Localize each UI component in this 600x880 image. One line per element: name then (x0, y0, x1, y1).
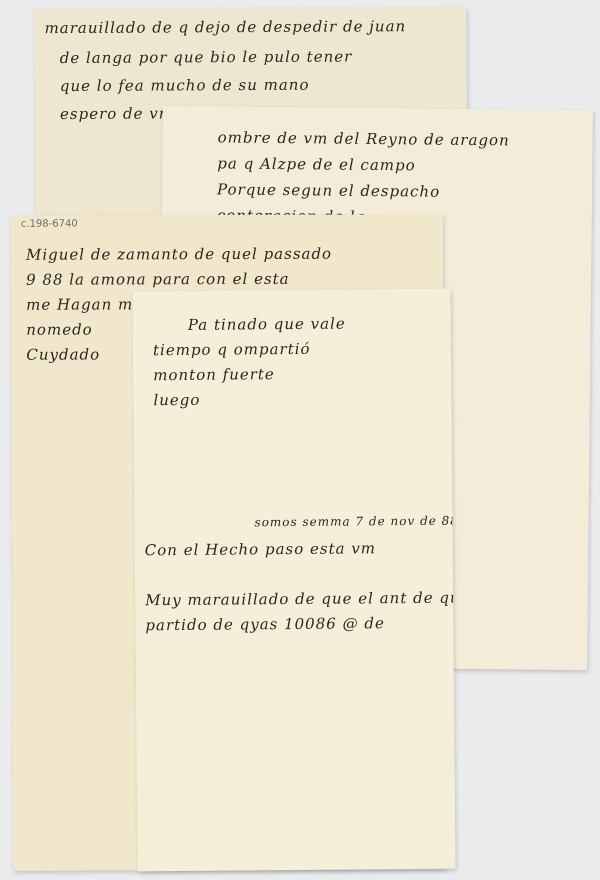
handwritten-line: partido de qyas 10086 @ de (145, 614, 453, 635)
handwritten-line: monton fuerte (153, 364, 451, 385)
handwritten-line: tiempo q ompartió (153, 339, 451, 360)
handwritten-line: Porque segun el despacho (217, 180, 592, 202)
handwritten-line: marauillado de q dejo de despedir de jua… (45, 17, 467, 37)
catalog-mark: c.198-6740 (21, 219, 78, 230)
handwritten-line: ombre de vm del Reyno de aragon (218, 128, 593, 150)
handwritten-line: Miguel de zamanto de quel passado (26, 244, 443, 263)
handwritten-line: 9 88 la amona para con el esta (26, 269, 443, 288)
handwritten-line: Pa tinado que vale (188, 314, 451, 334)
handwritten-line: pa q Alzpe de el campo (217, 154, 592, 176)
manuscript-sheet-front: Pa tinado que vale tiempo q ompartió mon… (132, 289, 455, 872)
handwritten-line: luego (153, 389, 451, 410)
handwritten-line: de langa por que bio le pulo tener (60, 47, 467, 67)
handwritten-line: Muy marauillado de que el ant de quinara (145, 589, 453, 610)
handwritten-line: Con el Hecho paso esta vm (145, 539, 453, 560)
handwritten-date: somos semma 7 de nov de 882 (254, 514, 452, 530)
handwritten-line: que lo fea mucho de su mano (60, 75, 467, 95)
